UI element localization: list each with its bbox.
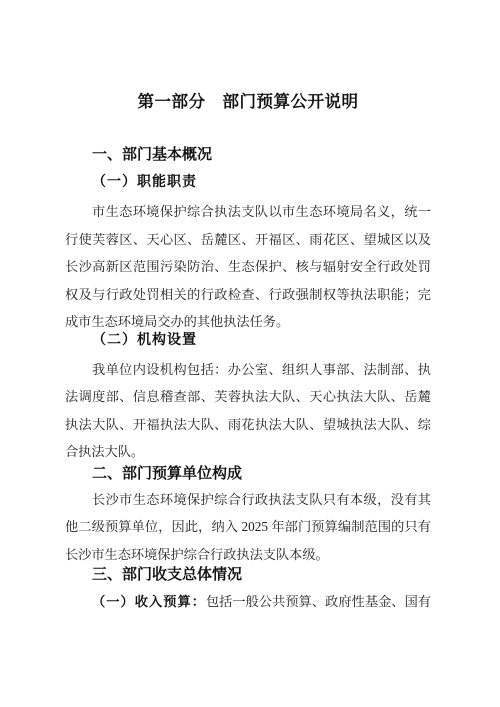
- paragraph-budget-units: 长沙市生态环境保护综合行政执法支队只有本级，没有其他二级预算单位，因此，纳入 2…: [65, 486, 431, 569]
- paragraph-income-budget-text: 包括一般公共预算、政府性基金、国有: [206, 594, 431, 609]
- paragraph-income-budget-lead: （一）收入预算：: [92, 594, 206, 609]
- document-title: 第一部分 部门预算公开说明: [65, 89, 431, 114]
- section-heading-budget-units: 二、部门预算单位构成: [65, 463, 431, 485]
- paragraph-income-budget: （一）收入预算：包括一般公共预算、政府性基金、国有: [65, 588, 431, 616]
- subsection-heading-duties: （一）职能职责: [65, 172, 431, 194]
- document-page: 第一部分 部门预算公开说明 一、部门基本概况 （一）职能职责 市生态环境保护综合…: [0, 0, 500, 707]
- paragraph-duties: 市生态环境保护综合执法支队以市生态环境局名义，统一行使芙蓉区、天心区、岳麓区、开…: [65, 198, 431, 336]
- section-heading-overview: 一、部门基本概况: [65, 144, 431, 166]
- paragraph-structure: 我单位内设机构包括：办公室、组织人事部、法制部、执法调度部、信息稽查部、芙蓉执法…: [65, 356, 431, 466]
